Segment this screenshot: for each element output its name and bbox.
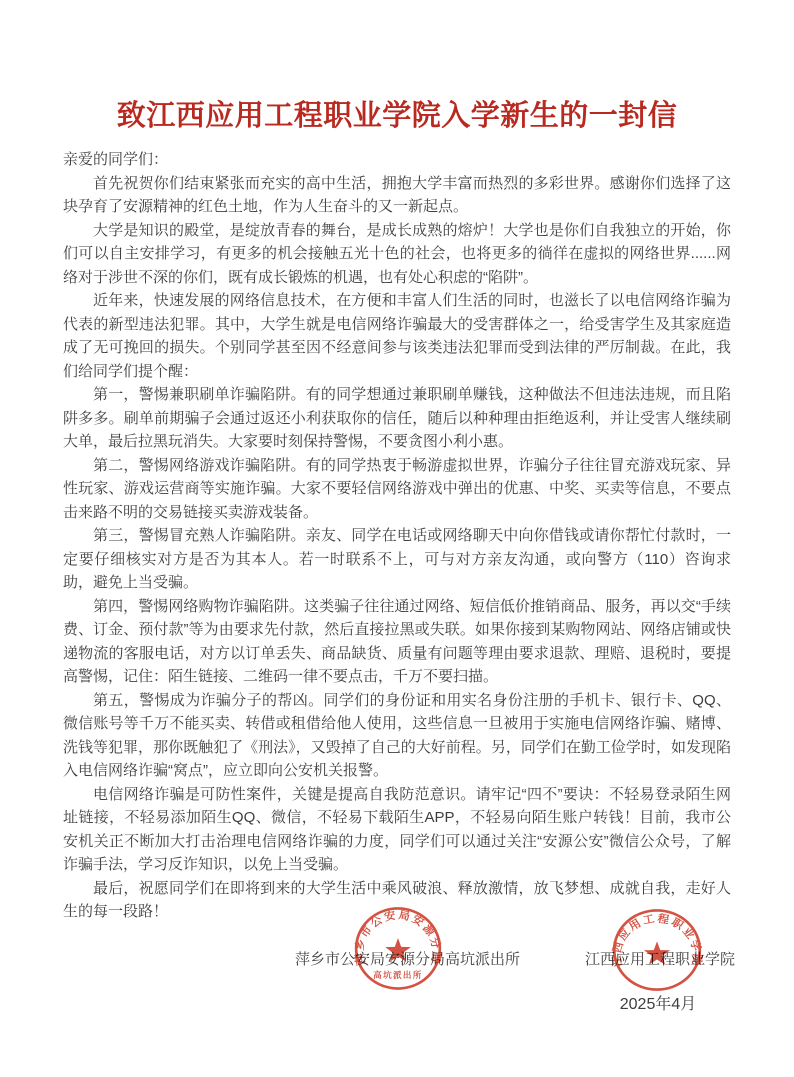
letter-content: 致江西应用工程职业学院入学新生的一封信 亲爱的同学们： 首先祝贺你们结束紧张而充…	[63, 0, 731, 1074]
body-paragraph-8: 第五，警惕成为诈骗分子的帮凶。同学们的身份证和用实名身份注册的手机卡、银行卡、Q…	[63, 689, 731, 783]
body-paragraph-10: 最后，祝愿同学们在即将到来的大学生活中乘风破浪、释放激情，放飞梦想、成就自我，走…	[63, 877, 731, 924]
body-paragraph-3: 近年来，快速发展的网络信息技术，在方便和丰富人们生活的同时，也滋长了以电信网络诈…	[63, 289, 731, 383]
seal-bottom-text: 高坑派出所	[373, 970, 422, 980]
body-paragraph-6: 第三，警惕冒充熟人诈骗陷阱。亲友、同学在电话或网络聊天中向你借钱或请你帮忙付款时…	[63, 524, 731, 595]
body-paragraph-9: 电信网络诈骗是可防性案件，关键是提高自我防范意识。请牢记“四不”要诀：不轻易登录…	[63, 783, 731, 877]
body-paragraph-5: 第二，警惕网络游戏诈骗陷阱。有的同学热衷于畅游虚拟世界，诈骗分子往往冒充游戏玩家…	[63, 454, 731, 525]
body-paragraph-4: 第一，警惕兼职刷单诈骗陷阱。有的同学想通过兼职刷单赚钱，这种做法不但违法违规，而…	[63, 383, 731, 454]
body-paragraph-7: 第四，警惕网络购物诈骗陷阱。这类骗子往往通过网络、短信低价推销商品、服务，再以交…	[63, 595, 731, 689]
letter-title: 致江西应用工程职业学院入学新生的一封信	[63, 0, 731, 135]
signature-police-station: 萍乡市公安局安源分局高坑派出所	[295, 950, 520, 970]
signature-area: 萍乡市公安局安源分局高坑派出所 江西应用工程职业学院 2025年4月 萍乡市公安…	[63, 924, 731, 1074]
signature-college: 江西应用工程职业学院	[585, 950, 735, 970]
body-paragraph-2: 大学是知识的殿堂，是绽放青春的舞台，是成长成熟的熔炉！大学也是你们自我独立的开始…	[63, 219, 731, 290]
body-paragraph-1: 首先祝贺你们结束紧张而充实的高中生活，拥抱大学丰富而热烈的多彩世界。感谢你们选择…	[63, 172, 731, 219]
signature-date: 2025年4月	[585, 991, 731, 1014]
letter-page: 致江西应用工程职业学院入学新生的一封信 亲爱的同学们： 首先祝贺你们结束紧张而充…	[0, 0, 794, 1077]
salutation: 亲爱的同学们：	[63, 148, 731, 172]
